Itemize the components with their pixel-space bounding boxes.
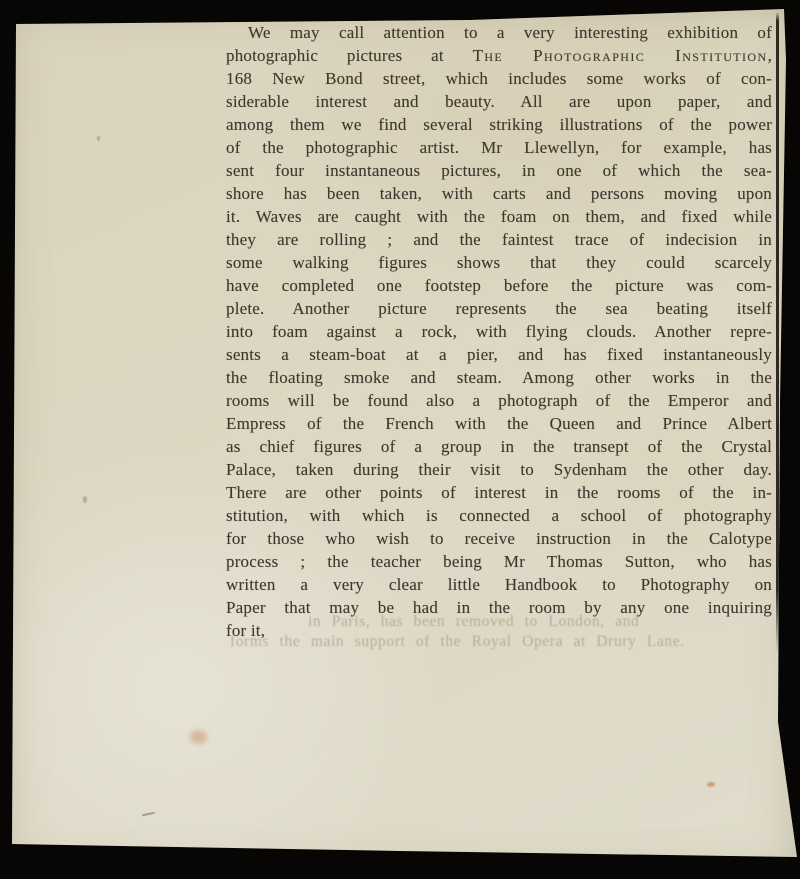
body-text: plete. Another picture represents the se… (226, 299, 772, 318)
text-line: it. Waves are caught with the foam on th… (226, 205, 772, 228)
text-line: photographic pictures at The Photographi… (226, 44, 772, 67)
text-line: have completed one footstep before the p… (226, 274, 772, 297)
body-text: written a very clear little Handbook to … (226, 575, 772, 594)
text-line: among them we find several striking illu… (226, 113, 772, 136)
paper-speck (97, 136, 100, 141)
ghost-showthrough-line: forms the main support of the Royal Oper… (230, 633, 735, 651)
text-line: process ; the teacher being Mr Thomas Su… (226, 550, 772, 573)
article-text: We may call attention to a very interest… (226, 21, 772, 642)
body-text: rooms will be found also a photograph of… (226, 391, 772, 410)
scan-background: We may call attention to a very interest… (0, 0, 800, 879)
text-line: Empress of the French with the Queen and… (226, 412, 772, 435)
body-text: they are rolling ; and the faintest trac… (226, 230, 772, 249)
text-line: sents a steam-boat at a pier, and has fi… (226, 343, 772, 366)
text-line: plete. Another picture represents the se… (226, 297, 772, 320)
body-text: it. Waves are caught with the foam on th… (226, 207, 772, 226)
body-text: have completed one footstep before the p… (226, 276, 772, 295)
body-text: siderable interest and beauty. All are u… (226, 92, 772, 111)
paper-stain (190, 730, 207, 744)
body-text: the floating smoke and steam. Among othe… (226, 368, 772, 387)
body-text: There are other points of interest in th… (226, 483, 772, 502)
body-text: stitution, with which is connected a sch… (226, 506, 772, 525)
text-line: they are rolling ; and the faintest trac… (226, 228, 772, 251)
body-text: sents a steam-boat at a pier, and has fi… (226, 345, 772, 364)
body-text: Palace, taken during their visit to Syde… (226, 460, 772, 479)
text-line: There are other points of interest in th… (226, 481, 772, 504)
body-text: process ; the teacher being Mr Thomas Su… (226, 552, 772, 571)
body-text: photographic pictures at (226, 46, 473, 65)
text-line: 168 New Bond street, which includes some… (226, 67, 772, 90)
text-line: shore has been taken, with carts and per… (226, 182, 772, 205)
text-line: for those who wish to receive instructio… (226, 527, 772, 550)
text-line: the floating smoke and steam. Among othe… (226, 366, 772, 389)
body-text: sent four instantaneous pictures, in one… (226, 161, 772, 180)
text-line: Palace, taken during their visit to Syde… (226, 458, 772, 481)
ghost-showthrough-line: in Paris, has been removed to London, an… (308, 613, 772, 631)
text-line: of the photographic artist. Mr Llewellyn… (226, 136, 772, 159)
body-text: among them we find several striking illu… (226, 115, 772, 134)
body-text: as chief figures of a group in the trans… (226, 437, 772, 456)
body-text: of the photographic artist. Mr Llewellyn… (226, 138, 772, 157)
text-line: We may call attention to a very interest… (226, 21, 772, 44)
body-text: for those who wish to receive instructio… (226, 529, 772, 548)
newspaper-clipping: We may call attention to a very interest… (0, 0, 800, 879)
paper-speck (142, 812, 155, 817)
text-line: as chief figures of a group in the trans… (226, 435, 772, 458)
paper-speck (83, 496, 87, 503)
text-line: sent four instantaneous pictures, in one… (226, 159, 772, 182)
text-line: written a very clear little Handbook to … (226, 573, 772, 596)
small-caps-text: The Photographic Institution (473, 46, 768, 65)
text-line: some walking figures shows that they cou… (226, 251, 772, 274)
text-line: stitution, with which is connected a sch… (226, 504, 772, 527)
body-text: We may call attention to a very interest… (248, 23, 772, 42)
body-text: 168 New Bond street, which includes some… (226, 69, 772, 88)
body-text: , (768, 46, 772, 65)
body-text: shore has been taken, with carts and per… (226, 184, 772, 203)
text-line: siderable interest and beauty. All are u… (226, 90, 772, 113)
paper-stain (707, 782, 715, 787)
body-text: some walking figures shows that they cou… (226, 253, 772, 272)
body-text: Empress of the French with the Queen and… (226, 414, 772, 433)
text-line: into foam against a rock, with flying cl… (226, 320, 772, 343)
body-text: into foam against a rock, with flying cl… (226, 322, 772, 341)
text-line: rooms will be found also a photograph of… (226, 389, 772, 412)
column-rule (776, 12, 779, 653)
